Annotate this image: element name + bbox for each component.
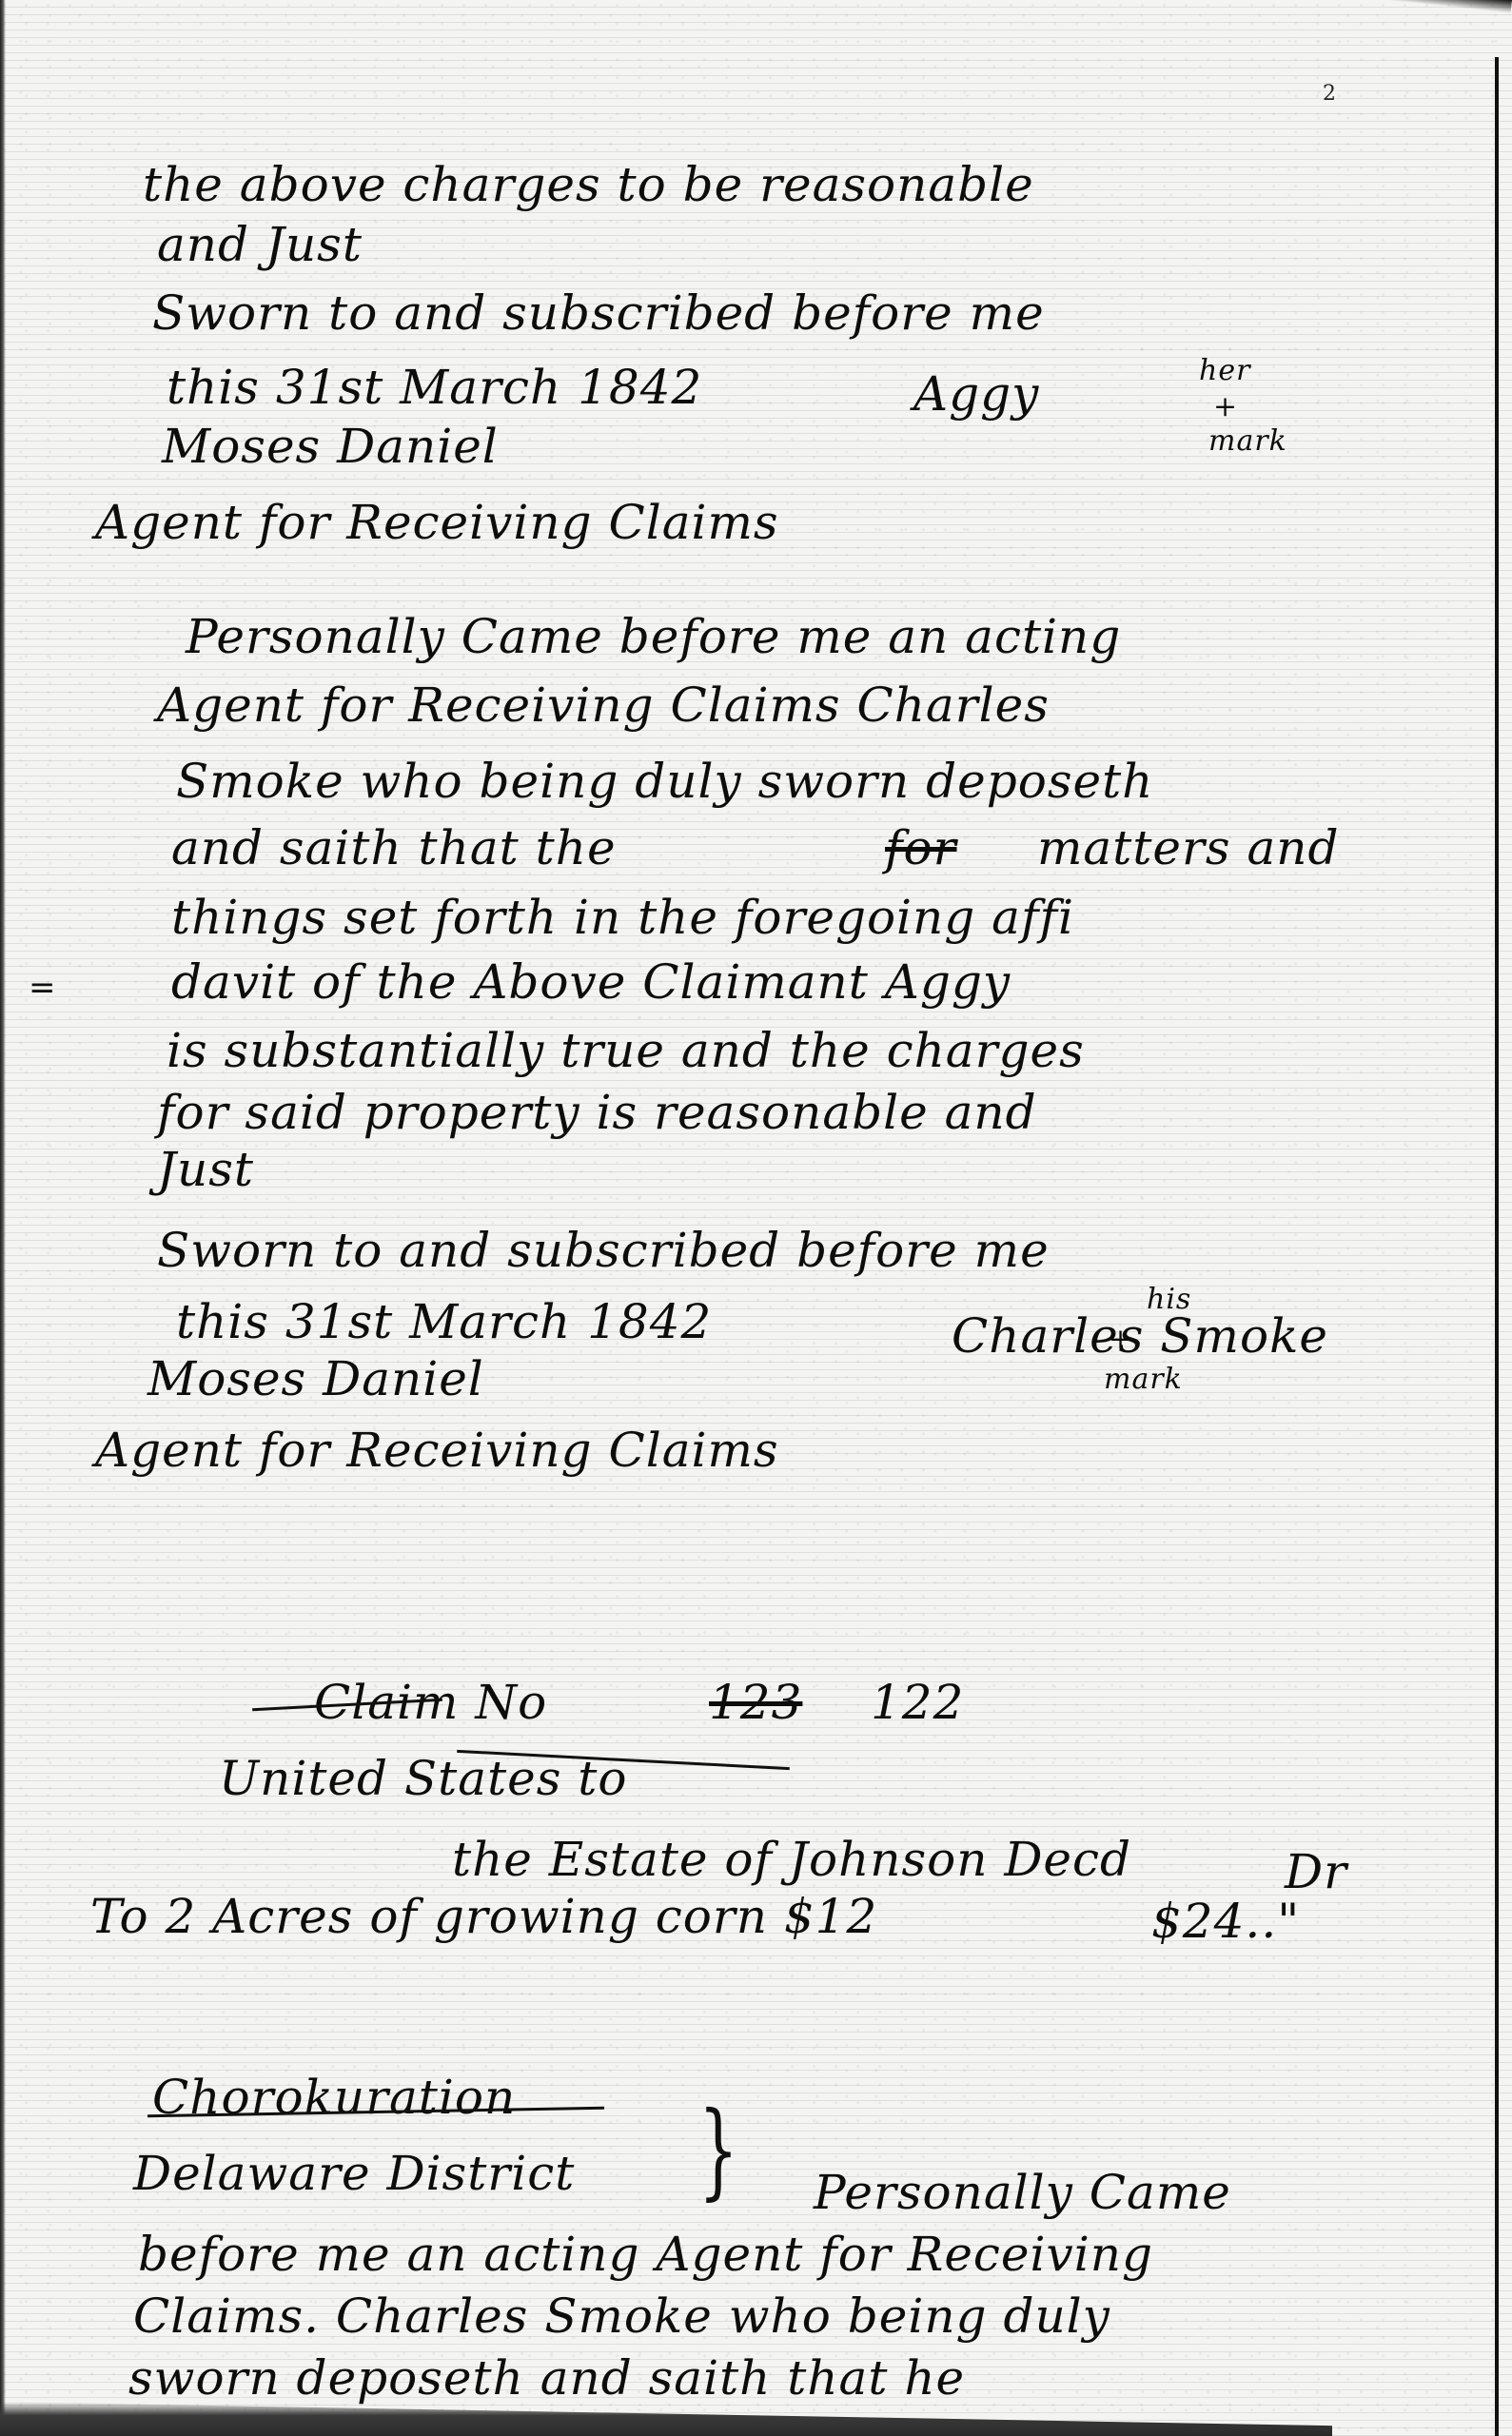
s1-mark-top: her [1199,354,1250,387]
s2-line-3: Smoke who being duly sworn deposeth [176,754,1153,809]
claim-line-1: United States to [219,1751,628,1806]
s1-line-2: and Just [157,217,363,272]
bottom-shadow [0,2402,1332,2436]
s2-line-6: things set forth in the foregoing affi [171,890,1074,945]
claim-line-2-dr: Dr [1285,1844,1347,1899]
s2-line-10: Just [157,1142,254,1197]
s2-date-line: this 31st March 1842 [176,1294,712,1349]
s1-signer: Aggy [913,366,1039,422]
s2-witness-name: Charles Smoke [952,1308,1328,1364]
s2-line-5: matters and [1037,820,1339,875]
corroboration-district: Delaware District [133,2146,575,2201]
claim-number: 122 [871,1675,964,1730]
s1-line-4: this 31st March 1842 [167,360,702,415]
page-right-edge [1495,57,1499,2436]
s2-agent-title: Agent for Receiving Claims [95,1423,779,1478]
claim-item-line: To 2 Acres of growing corn $12 [90,1889,877,1944]
claim-item-total: $24.." [1151,1894,1300,1949]
s2-line-1: Personally Came before me an acting [186,609,1121,664]
corroboration-heading: Chorokuration [152,2070,516,2125]
s1-line-1: the above charges to be reasonable [143,157,1034,212]
s2-mark-top: his [1147,1283,1191,1316]
corroboration-line-4: sworn deposeth and saith that he [128,2350,965,2406]
s2-line-8: is substantially true and the charges [167,1023,1085,1078]
s1-agent-name: Moses Daniel [162,419,499,474]
corner-shadow [1368,0,1512,13]
corroboration-line-3: Claims. Charles Smoke who being duly [133,2289,1110,2344]
s1-agent-title: Agent for Receiving Claims [95,495,779,550]
claim-line-2: the Estate of Johnson Decd [452,1832,1131,1887]
margin-equals-mark: = [29,969,56,1007]
s2-line-2: Agent for Receiving Claims Charles [157,678,1050,733]
s2-line-4: and saith that the [171,820,617,875]
corroboration-line-2: before me an acting Agent for Receiving [138,2227,1153,2282]
s2-struck-word: for [885,820,957,875]
s2-line-7: davit of the Above Claimant Aggy [171,954,1011,1010]
s1-mark-cross: + [1213,390,1238,423]
district-brace: } [698,2089,738,2210]
page-number: 2 [1323,82,1336,106]
s1-mark-bottom: mark [1208,424,1287,458]
s2-mark-cross: + [1109,1323,1133,1356]
s2-mark-bottom: mark [1104,1363,1183,1396]
s2-sworn-line: Sworn to and subscribed before me [157,1223,1050,1278]
scanned-document-page: 2 the above charges to be reasonable and… [0,0,1512,2436]
s2-agent-name: Moses Daniel [147,1351,484,1406]
page-left-edge [0,0,6,2436]
s1-line-3: Sworn to and subscribed before me [152,285,1045,341]
corroboration-line-1: Personally Came [814,2165,1231,2220]
s2-line-9: for said property is reasonable and [157,1085,1037,1140]
claim-struck-number: 123 [709,1675,802,1730]
